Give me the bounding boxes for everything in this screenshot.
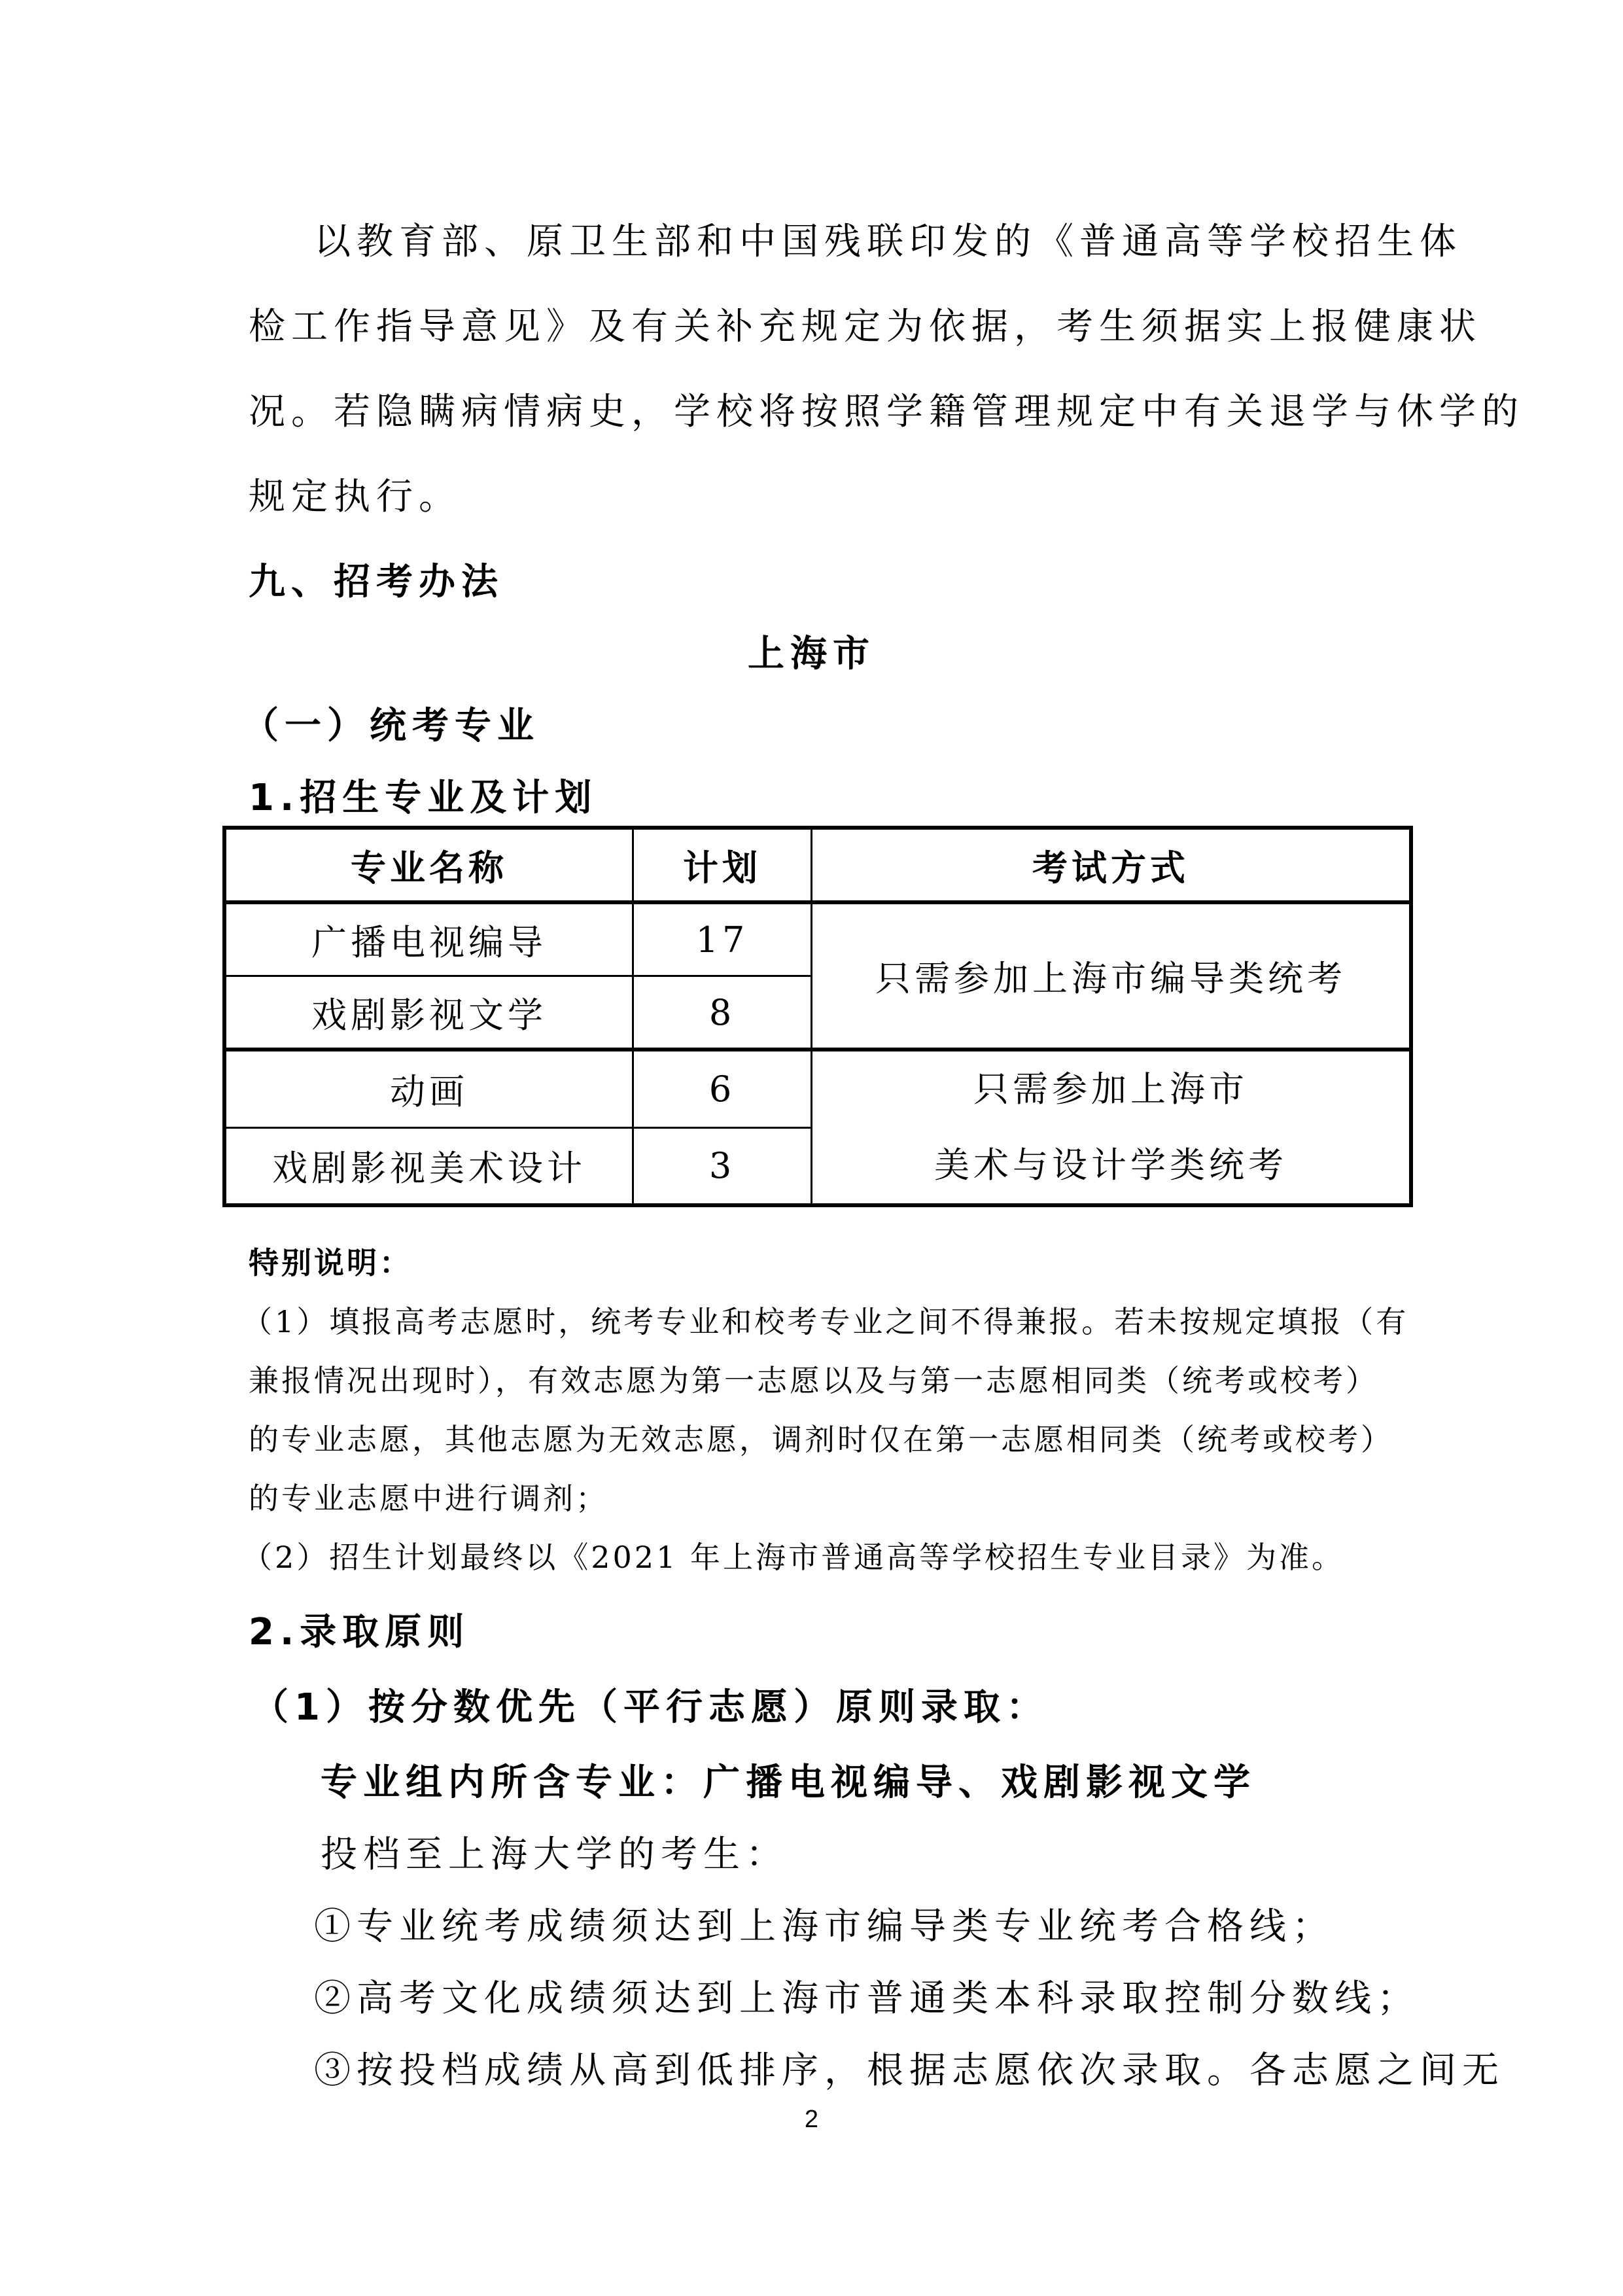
admission-heading: 2.录取原则 xyxy=(249,1610,470,1655)
page-number: 2 xyxy=(0,2106,1623,2134)
cell-quota: 6 xyxy=(633,1050,812,1127)
section-heading: 九、招考办法 xyxy=(249,559,504,605)
note-line-2: 兼报情况出现时），有效志愿为第一志愿以及与第一志愿相同类（统考或校考） xyxy=(249,1358,1378,1404)
region-heading: 上海市 xyxy=(0,631,1623,677)
cell-quota: 17 xyxy=(633,902,812,976)
note-line-4: 的专业志愿中进行调剂； xyxy=(249,1475,608,1521)
table-row: 动画 6 只需参加上海市 美术与设计学类统考 xyxy=(224,1050,1411,1127)
note-line-3: 的专业志愿，其他志愿为无效志愿，调剂时仅在第一志愿相同类（统考或校考） xyxy=(249,1417,1393,1462)
cell-exam-method: 只需参加上海市编导类统考 xyxy=(812,902,1412,1050)
intro-line-3: 况。若隐瞒病情病史，学校将按照学籍管理规定中有关退学与休学的 xyxy=(249,389,1524,435)
exam-method-text-line1: 只需参加上海市 xyxy=(812,1051,1409,1127)
admission-item-2: ②高考文化成绩须达到上海市普通类本科录取控制分数线； xyxy=(314,1976,1420,2022)
cell-major: 广播电视编导 xyxy=(224,902,633,976)
cell-major: 戏剧影视美术设计 xyxy=(224,1127,633,1205)
admission-rule-1: （1）按分数优先（平行志愿）原则录取： xyxy=(252,1685,1049,1731)
plan-heading: 1.招生专业及计划 xyxy=(249,775,597,821)
cell-exam-method: 只需参加上海市 美术与设计学类统考 xyxy=(812,1050,1412,1205)
major-group: 专业组内所含专业：广播电视编导、戏剧影视文学 xyxy=(321,1760,1256,1806)
table-header-row: 专业名称 计划 考试方式 xyxy=(224,828,1411,902)
notes-title: 特别说明： xyxy=(249,1240,412,1286)
admission-item-3: ③按投档成绩从高到低排序，根据志愿依次录取。各志愿之间无 xyxy=(314,2048,1505,2094)
exam-method-text-line2: 美术与设计学类统考 xyxy=(812,1127,1409,1203)
subsection-heading: （一）统考专业 xyxy=(242,703,540,749)
document-page: 以教育部、原卫生部和中国残联印发的《普通高等学校招生体 检工作指导意见》及有关补… xyxy=(0,0,1623,2296)
table-row: 广播电视编导 17 只需参加上海市编导类统考 xyxy=(224,902,1411,976)
header-quota: 计划 xyxy=(633,828,812,902)
admission-lead: 投档至上海大学的考生： xyxy=(321,1832,788,1878)
enrollment-plan-table: 专业名称 计划 考试方式 广播电视编导 17 只需参加上海市编导类统考 戏剧影视… xyxy=(222,826,1413,1207)
header-major: 专业名称 xyxy=(224,828,633,902)
intro-line-1: 以教育部、原卫生部和中国残联印发的《普通高等学校招生体 xyxy=(314,219,1462,265)
note-line-5: （2）招生计划最终以《2021 年上海市普通高等学校招生专业目录》为准。 xyxy=(242,1534,1344,1580)
admission-item-1: ①专业统考成绩须达到上海市编导类专业统考合格线； xyxy=(314,1904,1335,1950)
cell-major: 动画 xyxy=(224,1050,633,1127)
intro-line-4: 规定执行。 xyxy=(249,474,461,520)
cell-quota: 8 xyxy=(633,976,812,1050)
cell-quota: 3 xyxy=(633,1127,812,1205)
cell-major: 戏剧影视文学 xyxy=(224,976,633,1050)
header-exam-method: 考试方式 xyxy=(812,828,1412,902)
note-line-1: （1）填报高考志愿时，统考专业和校考专业之间不得兼报。若未按规定填报（有 xyxy=(242,1299,1408,1345)
intro-line-2: 检工作指导意见》及有关补充规定为依据，考生须据实上报健康状 xyxy=(249,304,1482,350)
exam-method-text: 只需参加上海市编导类统考 xyxy=(875,958,1346,999)
